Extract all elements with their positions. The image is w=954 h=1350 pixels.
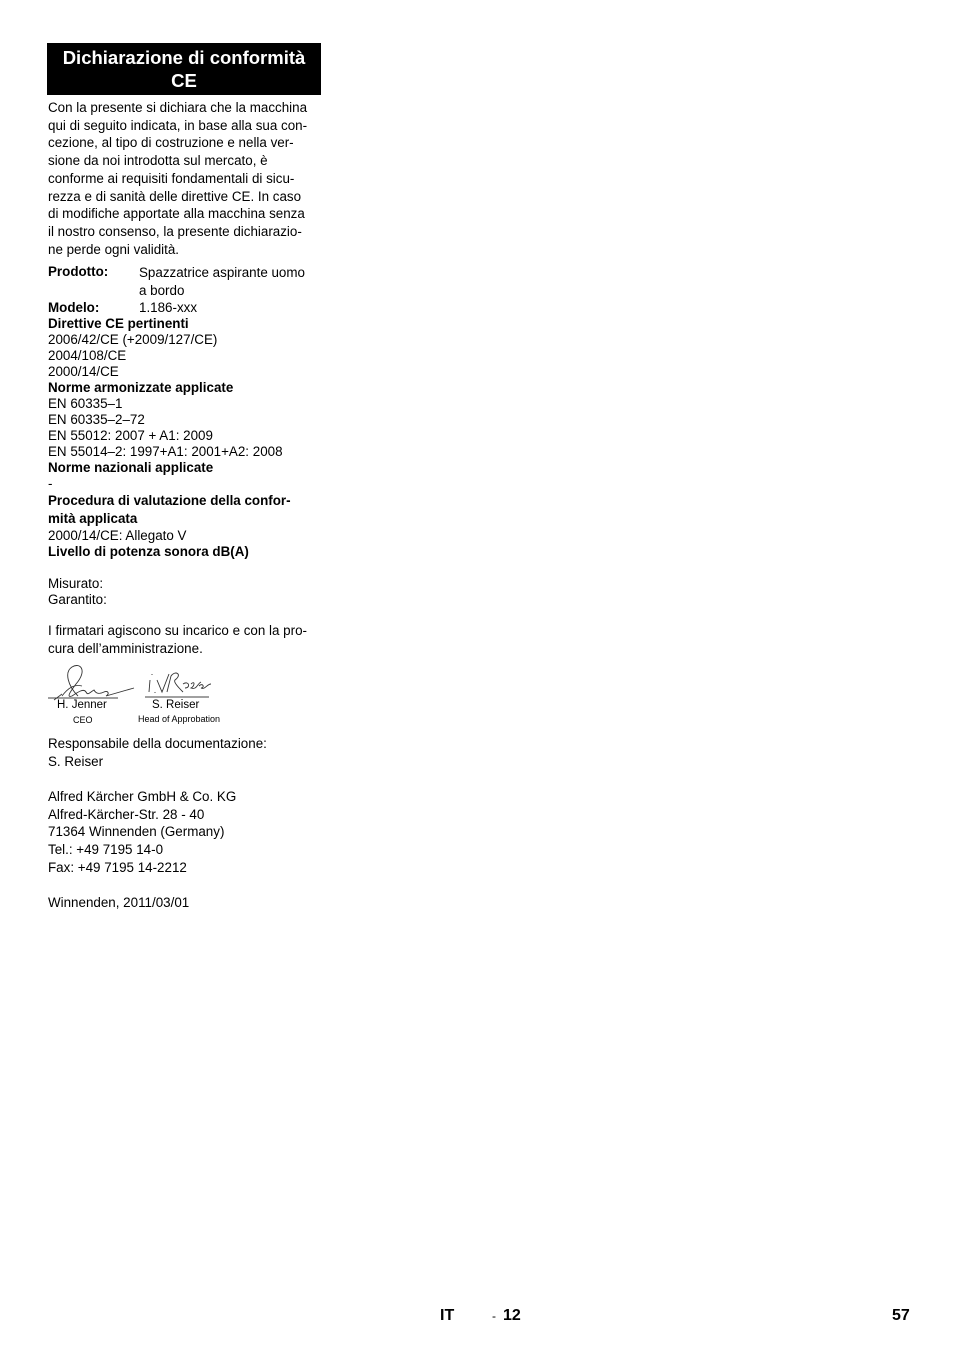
signatory-role: CEO (73, 715, 93, 725)
signatory-name: S. Reiser (152, 699, 199, 711)
title-line-2: CE (47, 69, 321, 92)
sound-heading: Livello di potenza sonora dB(A) (48, 544, 338, 560)
norm-item: EN 55012: 2007 + A1: 2009 (48, 428, 338, 444)
norm-item: EN 55014–2: 1997+A1: 2001+A2: 2008 (48, 444, 338, 460)
product-value: Spazzatrice aspirante uomo a bordo (139, 264, 338, 300)
norm-item: EN 60335–1 (48, 396, 338, 412)
model-label: Modelo: (48, 300, 139, 316)
national-norms-value: - (48, 476, 338, 492)
documentation-block: Responsabile della documentazione: S. Re… (48, 735, 338, 770)
footer-language: IT (440, 1307, 454, 1325)
footer-dash: - (492, 1309, 496, 1323)
documentation-label: Responsabile della documentazione: (48, 735, 338, 753)
guaranteed-label: Garantito: (48, 592, 338, 608)
specification-block: Prodotto: Spazzatrice aspirante uomo a b… (48, 264, 338, 608)
directives-heading: Direttive CE pertinenti (48, 316, 338, 332)
product-row: Prodotto: Spazzatrice aspirante uomo a b… (48, 264, 338, 300)
signature-reiser-icon (145, 668, 215, 700)
page-number: 57 (892, 1307, 910, 1325)
signatory-role: Head of Approbation (138, 714, 220, 724)
directive-item: 2004/108/CE (48, 348, 338, 364)
assessment-heading: Procedura di valutazione della confor- m… (48, 492, 338, 528)
model-row: Modelo: 1.186-xxx (48, 300, 338, 316)
directive-item: 2006/42/CE (+2009/127/CE) (48, 332, 338, 348)
title-line-1: Dichiarazione di conformità (47, 46, 321, 69)
page-title: Dichiarazione di conformità CE (47, 43, 321, 95)
address-block: Alfred Kärcher GmbH & Co. KG Alfred-Kärc… (48, 788, 338, 877)
assessment-value: 2000/14/CE: Allegato V (48, 528, 338, 544)
measured-label: Misurato: (48, 576, 338, 592)
place-date: Winnenden, 2011/03/01 (48, 894, 338, 912)
footer-section-page: 12 (503, 1307, 521, 1325)
national-norms-heading: Norme nazionali applicate (48, 460, 338, 476)
signatories-note: I firmatari agiscono su incarico e con l… (48, 622, 338, 657)
product-label: Prodotto: (48, 264, 139, 300)
norm-item: EN 60335–2–72 (48, 412, 338, 428)
intro-paragraph: Con la presente si dichiara che la macch… (48, 99, 323, 258)
model-value: 1.186-xxx (139, 300, 338, 316)
documentation-name: S. Reiser (48, 753, 338, 771)
directive-item: 2000/14/CE (48, 364, 338, 380)
signatory-name: H. Jenner (57, 699, 107, 711)
harmonized-norms-heading: Norme armonizzate applicate (48, 380, 338, 396)
